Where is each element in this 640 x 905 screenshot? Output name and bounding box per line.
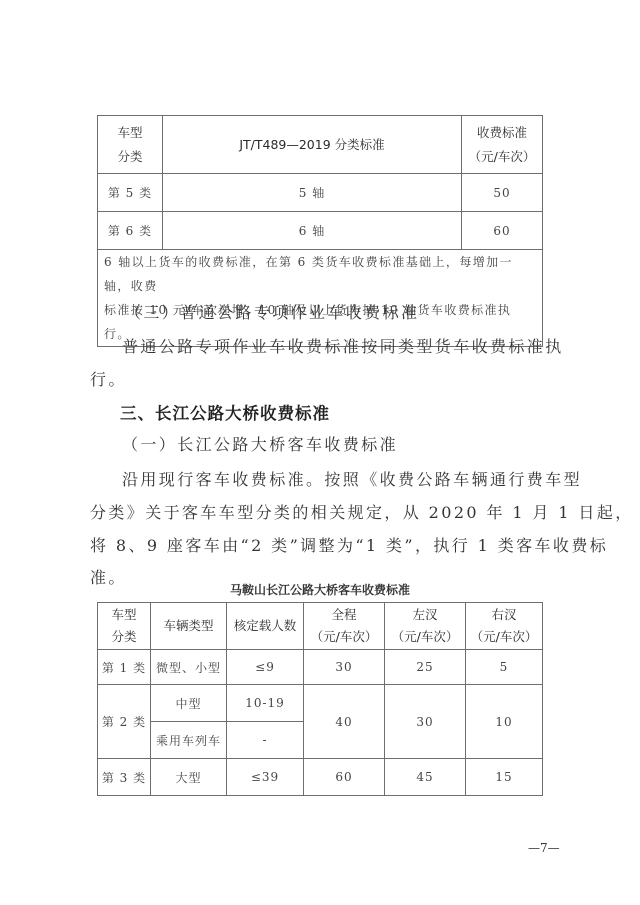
header-fee-line2: （元/车次） (462, 145, 542, 169)
bridge-fee-table: 车型 分类 车辆类型 核定载人数 全程 （元/车次） 左汊 （元/车次） 右汊 … (97, 602, 543, 796)
paragraph-line: 将 8、9 座客车由“2 类”调整为“1 类”，执行 1 类客车收费标 (90, 533, 608, 556)
header-right-line2: （元/车次） (466, 626, 542, 648)
header-fee-line1: 收费标准 (462, 121, 542, 145)
header-left-line1: 左汊 (385, 604, 465, 626)
cell-vehicle-type: 微型、小型 (151, 650, 227, 685)
cell-standard: 6 轴 (163, 212, 462, 250)
section-heading-3: 三、长江公路大桥收费标准 (120, 400, 330, 424)
page-number: —7— (528, 841, 560, 855)
header-vehicle-type: 车辆类型 (151, 603, 227, 650)
cell-class: 第 6 类 (98, 212, 163, 250)
cell-right: 5 (466, 650, 543, 685)
paragraph-line: 普通公路专项作业车收费标准按同类型货车收费标准执 (122, 334, 564, 357)
table-row: 第 2 类 中型 10-19 40 30 10 (98, 685, 543, 722)
cell-vehicle-type: 中型 (151, 685, 227, 722)
cell-capacity: ≤9 (227, 650, 304, 685)
cell-left: 30 (385, 685, 466, 759)
table-note-line1: 6 轴以上货车的收费标准，在第 6 类货车收费标准基础上，每增加一轴，收费 (104, 250, 536, 298)
header-class-line2: 分类 (98, 145, 162, 169)
header-class-line2: 分类 (98, 626, 150, 648)
cell-class: 第 5 类 (98, 174, 163, 212)
cell-full: 30 (304, 650, 385, 685)
table-note-row: 6 轴以上货车的收费标准，在第 6 类货车收费标准基础上，每增加一轴，收费 标准… (98, 250, 543, 347)
header-right-line1: 右汊 (466, 604, 542, 626)
paragraph-line: 行。 (90, 367, 127, 390)
table-note: 6 轴以上货车的收费标准，在第 6 类货车收费标准基础上，每增加一轴，收费 标准… (98, 250, 543, 347)
cell-standard: 5 轴 (163, 174, 462, 212)
cell-right: 10 (466, 685, 543, 759)
cell-vehicle-type: 大型 (151, 759, 227, 796)
table-row: 第 1 类 微型、小型 ≤9 30 25 5 (98, 650, 543, 685)
header-class: 车型 分类 (98, 603, 151, 650)
paragraph-line: 分类》关于客车车型分类的相关规定，从 2020 年 1 月 1 日起， (90, 500, 634, 523)
cell-left: 25 (385, 650, 466, 685)
table-row: 第 3 类 大型 ≤39 60 45 15 (98, 759, 543, 796)
cell-fee: 60 (462, 212, 543, 250)
table-row: 第 5 类 5 轴 50 (98, 174, 543, 212)
header-full: 全程 （元/车次） (304, 603, 385, 650)
header-right: 右汊 （元/车次） (466, 603, 543, 650)
header-standard: JT/T489—2019 分类标准 (163, 116, 462, 174)
cell-full: 40 (304, 685, 385, 759)
cell-left: 45 (385, 759, 466, 796)
header-full-line2: （元/车次） (304, 626, 384, 648)
cell-capacity: 10-19 (227, 685, 304, 722)
header-left-line2: （元/车次） (385, 626, 465, 648)
cell-class: 第 3 类 (98, 759, 151, 796)
paragraph-line: 沿用现行客车收费标准。按照《收费公路车辆通行费车型 (122, 467, 582, 490)
header-class-line1: 车型 (98, 604, 150, 626)
cell-right: 15 (466, 759, 543, 796)
cell-vehicle-type: 乘用车列车 (151, 722, 227, 759)
cell-capacity: - (227, 722, 304, 759)
header-left: 左汊 （元/车次） (385, 603, 466, 650)
header-class: 车型 分类 (98, 116, 163, 174)
table-caption: 马鞍山长江公路大桥客车收费标准 (0, 581, 640, 598)
header-fee: 收费标准 （元/车次） (462, 116, 543, 174)
cell-fee: 50 (462, 174, 543, 212)
header-full-line1: 全程 (304, 604, 384, 626)
table-row: 第 6 类 6 轴 60 (98, 212, 543, 250)
header-capacity: 核定载人数 (227, 603, 304, 650)
cell-capacity: ≤39 (227, 759, 304, 796)
subsection-heading-1: （一）长江公路大桥客车收费标准 (122, 432, 398, 455)
subsection-heading-3: （三）普通公路专项作业车收费标准 (125, 300, 419, 323)
cell-class: 第 1 类 (98, 650, 151, 685)
cell-full: 60 (304, 759, 385, 796)
header-class-line1: 车型 (98, 121, 162, 145)
cell-class: 第 2 类 (98, 685, 151, 759)
